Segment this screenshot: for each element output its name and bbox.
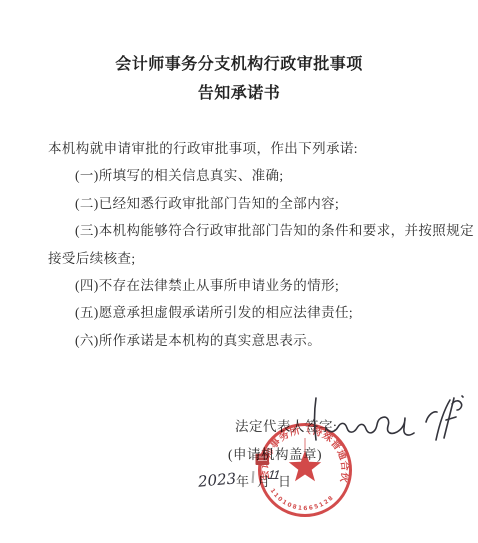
- title-line-1: 会计师事务分支机构行政审批事项: [0, 50, 478, 79]
- body-line: (四)不存在法律禁止从事所申请业务的情形;: [48, 272, 440, 299]
- handwritten-signature: [298, 392, 470, 454]
- signature-stroke: [326, 417, 414, 435]
- title-line-2: 告知承诺书: [0, 79, 478, 108]
- body-text: 本机构就申请审批的行政审批事项，作出下列承诺: (一)所填写的相关信息真实、准确…: [48, 135, 440, 354]
- seal-star-icon: [289, 451, 321, 482]
- body-line: (一)所填写的相关信息真实、准确;: [48, 162, 440, 189]
- signature-stroke: [315, 398, 317, 440]
- signature-stroke: [452, 401, 462, 410]
- signature-stroke: [462, 396, 463, 397]
- body-line: (三)本机构能够符合行政审批部门告知的条件和要求，并按照规定: [48, 217, 440, 244]
- body-line: (二)已经知悉行政审批部门告知的全部内容;: [48, 190, 440, 217]
- commitment-letter-page: 会计师事务分支机构行政审批事项 告知承诺书 本机构就申请审批的行政审批事项，作出…: [0, 0, 478, 543]
- body-line: 接受后续核查;: [48, 245, 440, 272]
- signature-stroke: [426, 412, 437, 422]
- body-line: 本机构就申请审批的行政审批事项，作出下列承诺:: [48, 135, 440, 162]
- signature-stroke: [446, 417, 456, 420]
- year-label: 年: [236, 471, 249, 490]
- handwritten-year: 2023: [196, 467, 240, 493]
- document-title: 会计师事务分支机构行政审批事项 告知承诺书: [0, 50, 478, 108]
- handwritten-month-mark: [252, 471, 254, 483]
- body-line: (六)所作承诺是本机构的真实意思表示。: [48, 327, 440, 354]
- handwritten-year-text: 2023: [196, 469, 237, 490]
- body-line: (五)愿意承担虚假承诺所引发的相应法律责任;: [48, 299, 440, 326]
